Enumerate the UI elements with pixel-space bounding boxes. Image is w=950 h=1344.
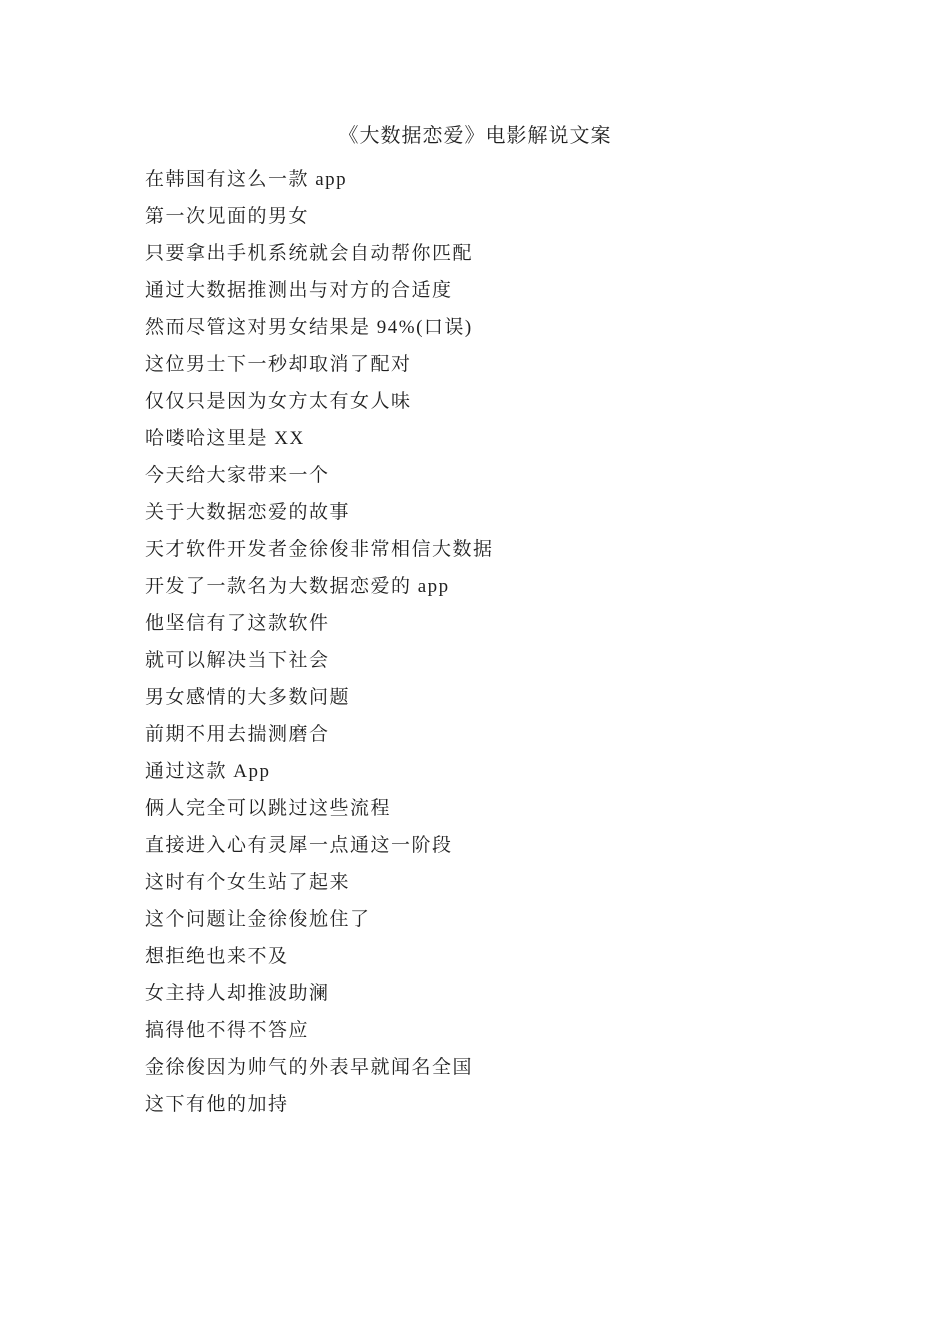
paragraph: 想拒绝也来不及 xyxy=(145,947,805,966)
paragraph: 关于大数据恋爱的故事 xyxy=(145,503,805,522)
paragraph: 通过这款 App xyxy=(145,762,805,781)
paragraph: 天才软件开发者金徐俊非常相信大数据 xyxy=(145,540,805,559)
paragraph: 女主持人却推波助澜 xyxy=(145,984,805,1003)
paragraph: 这下有他的加持 xyxy=(145,1095,805,1114)
paragraph: 金徐俊因为帅气的外表早就闻名全国 xyxy=(145,1058,805,1077)
paragraph: 男女感情的大多数问题 xyxy=(145,688,805,707)
paragraph: 搞得他不得不答应 xyxy=(145,1021,805,1040)
paragraph: 通过大数据推测出与对方的合适度 xyxy=(145,281,805,300)
paragraph: 前期不用去揣测磨合 xyxy=(145,725,805,744)
document-title: 《大数据恋爱》电影解说文案 xyxy=(145,126,805,147)
document-page: 《大数据恋爱》电影解说文案 在韩国有这么一款 app 第一次见面的男女 只要拿出… xyxy=(0,0,950,1344)
paragraph: 哈喽哈这里是 XX xyxy=(145,429,805,448)
paragraph: 就可以解决当下社会 xyxy=(145,651,805,670)
paragraph: 俩人完全可以跳过这些流程 xyxy=(145,799,805,818)
paragraph: 开发了一款名为大数据恋爱的 app xyxy=(145,577,805,596)
paragraph: 只要拿出手机系统就会自动帮你匹配 xyxy=(145,244,805,263)
paragraph: 这个问题让金徐俊尬住了 xyxy=(145,910,805,929)
paragraph: 在韩国有这么一款 app xyxy=(145,170,805,189)
paragraph: 第一次见面的男女 xyxy=(145,207,805,226)
paragraph: 然而尽管这对男女结果是 94%(口误) xyxy=(145,318,805,337)
paragraph: 他坚信有了这款软件 xyxy=(145,614,805,633)
paragraph-list: 在韩国有这么一款 app 第一次见面的男女 只要拿出手机系统就会自动帮你匹配 通… xyxy=(145,170,805,1114)
paragraph: 仅仅只是因为女方太有女人味 xyxy=(145,392,805,411)
paragraph: 今天给大家带来一个 xyxy=(145,466,805,485)
paragraph: 直接进入心有灵犀一点通这一阶段 xyxy=(145,836,805,855)
paragraph: 这时有个女生站了起来 xyxy=(145,873,805,892)
paragraph: 这位男士下一秒却取消了配对 xyxy=(145,355,805,374)
